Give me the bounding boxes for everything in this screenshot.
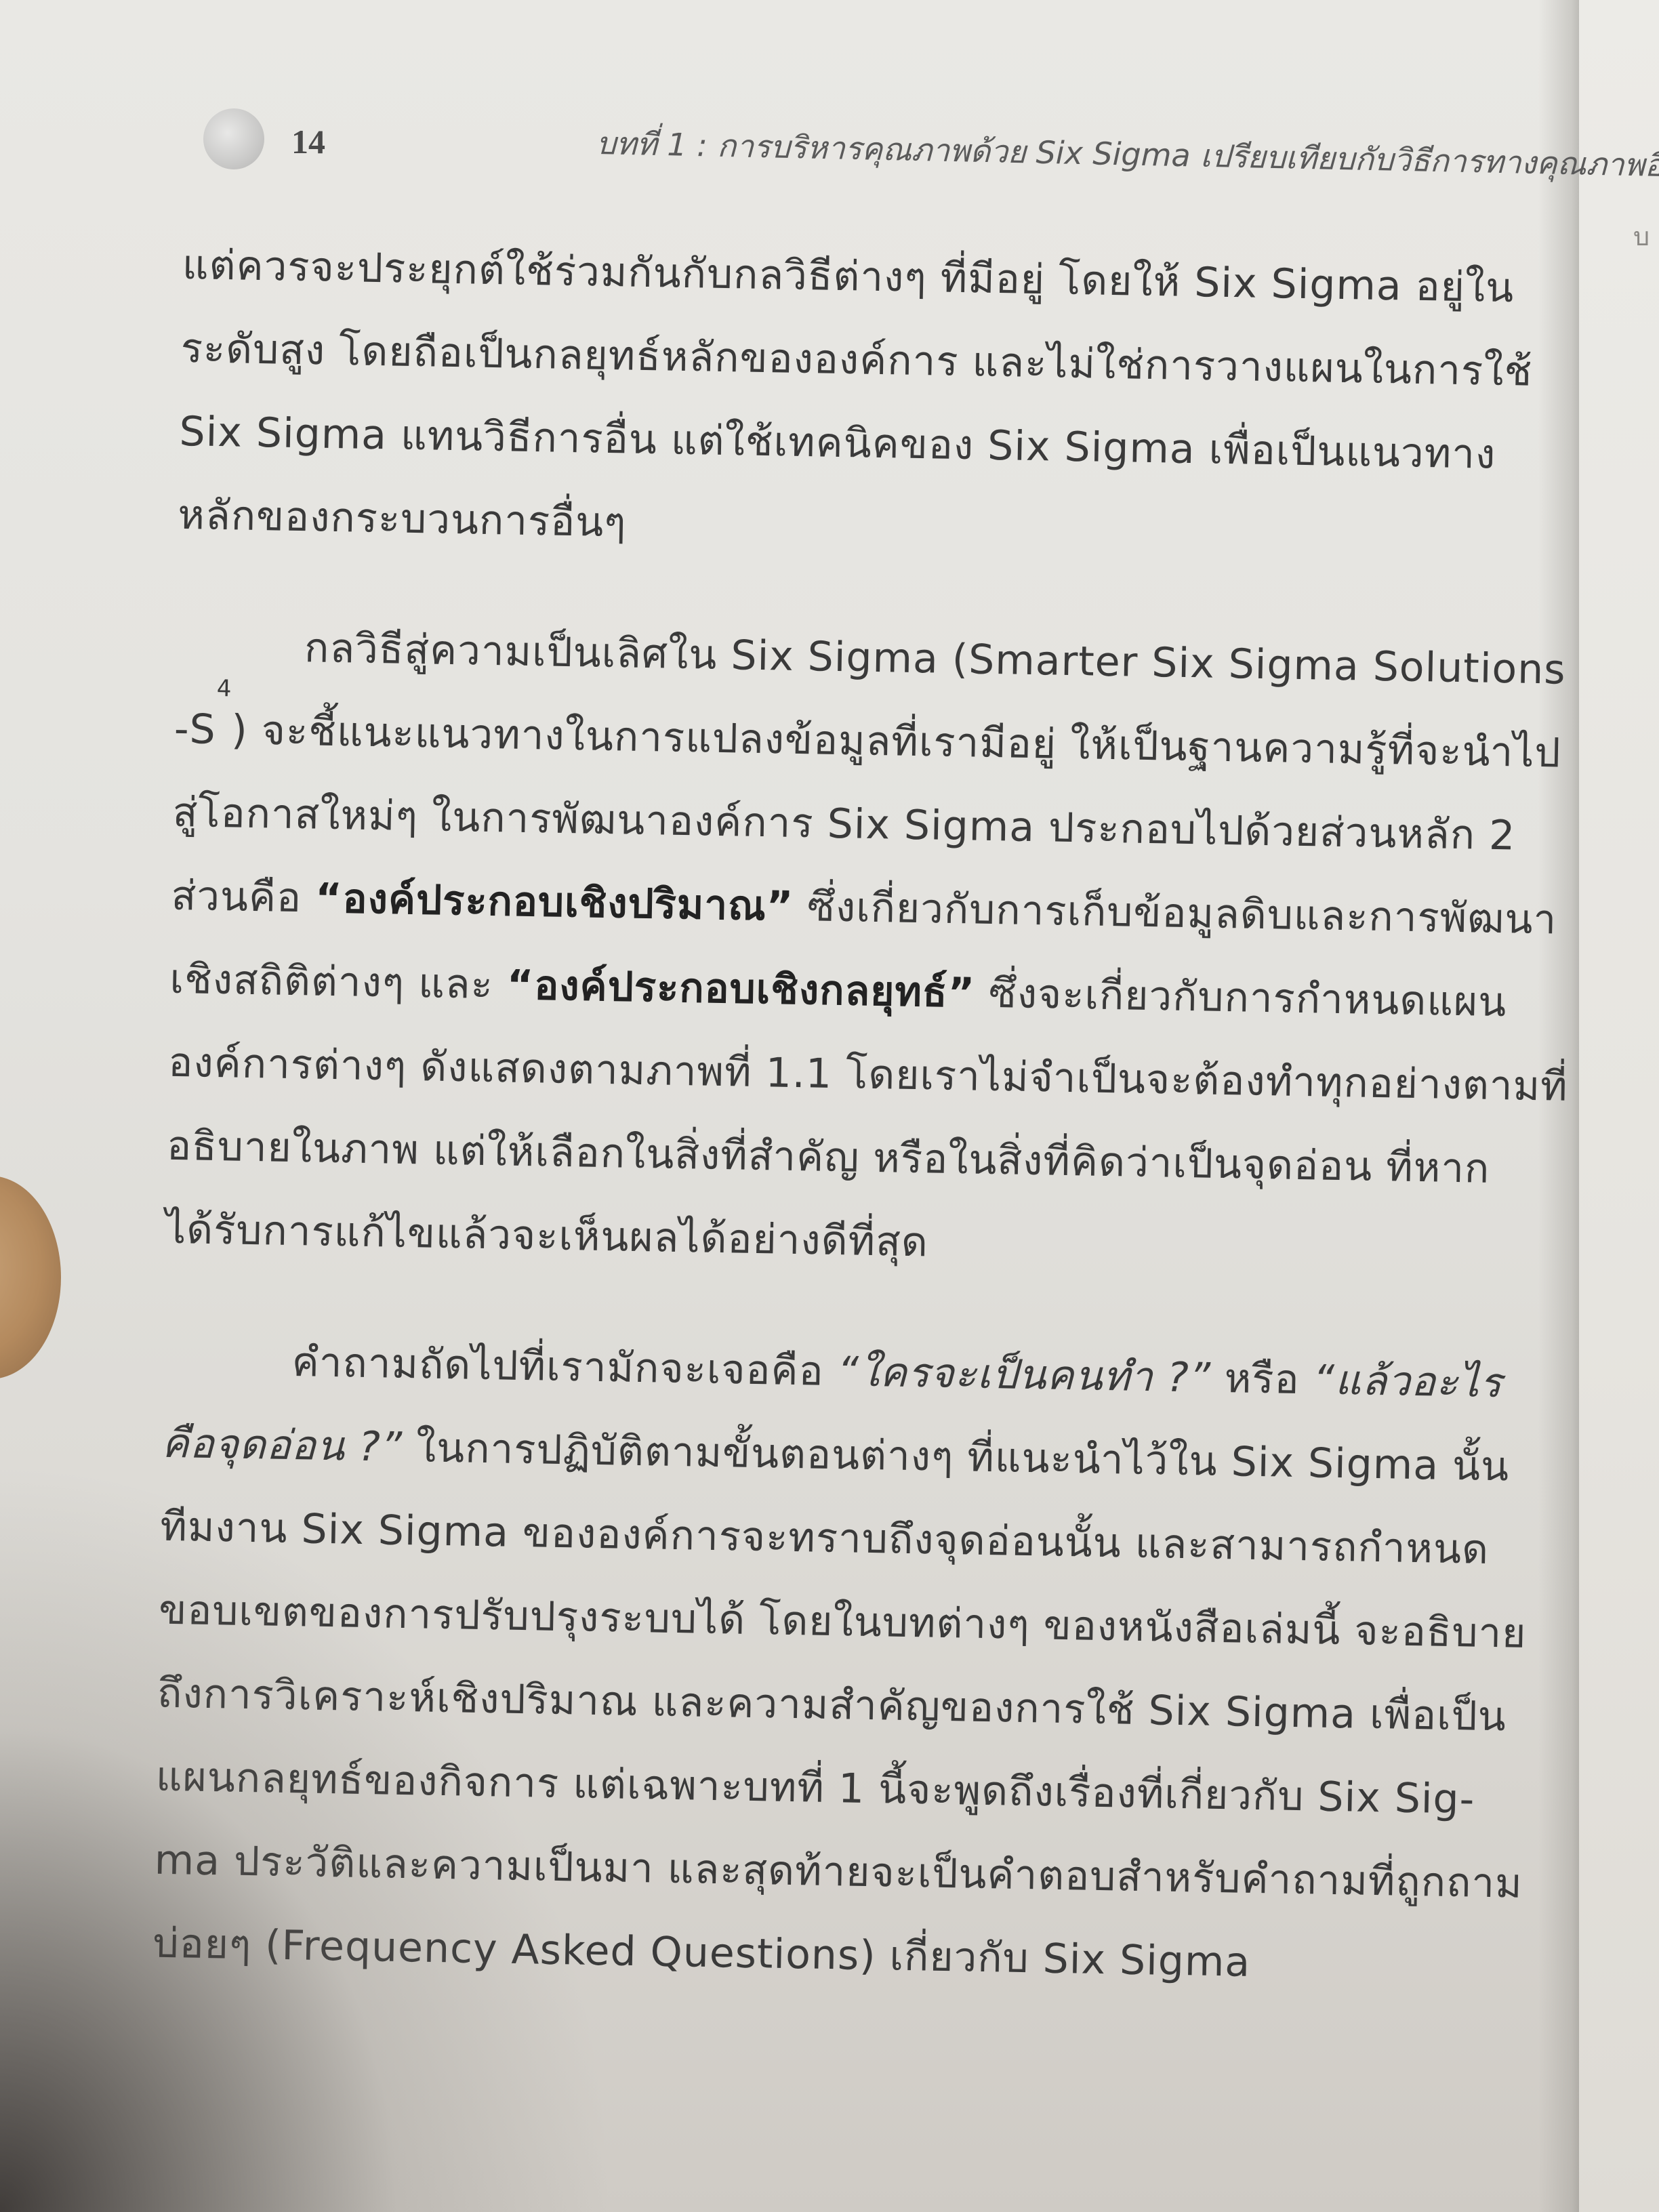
adjacent-page: บ — [1579, 0, 1659, 2212]
italic-quote: คือจุดอ่อน ?” — [161, 1420, 403, 1471]
bold-term-quantitative: “องค์ประกอบเชิงปริมาณ” — [315, 875, 794, 930]
chapter-logo-icon — [203, 108, 264, 169]
bold-term-strategic: “องค์ประกอบเชิงกลยุทธ์” — [506, 962, 975, 1017]
italic-quote: “ใครจะเป็นคนทำ ?” — [837, 1348, 1211, 1402]
superscript: 4 — [216, 675, 232, 702]
body-text: แต่ควรจะประยุกต์ใช้ร่วมกันกับกลวิธีต่างๆ… — [152, 224, 1586, 2010]
paragraph-1: แต่ควรจะประยุกต์ใช้ร่วมกันกับกลวิธีต่างๆ… — [177, 224, 1585, 581]
adjacent-page-text: บ — [1633, 216, 1650, 257]
page-header: 14 บทที่ 1 : การบริหารคุณภาพด้วย Six Sig… — [190, 102, 1579, 183]
page-number: 14 — [291, 122, 325, 161]
paragraph-3: คำถามถัดไปที่เรามักจะเจอคือ “ใครจะเป็นคน… — [152, 1319, 1567, 2010]
running-head: บทที่ 1 : การบริหารคุณภาพด้วย Six Sigma … — [596, 119, 1659, 191]
italic-quote: “แล้วอะไร — [1313, 1356, 1502, 1407]
paragraph-2: กลวิธีสู่ความเป็นเลิศใน Six Sigma (Smart… — [165, 605, 1579, 1296]
